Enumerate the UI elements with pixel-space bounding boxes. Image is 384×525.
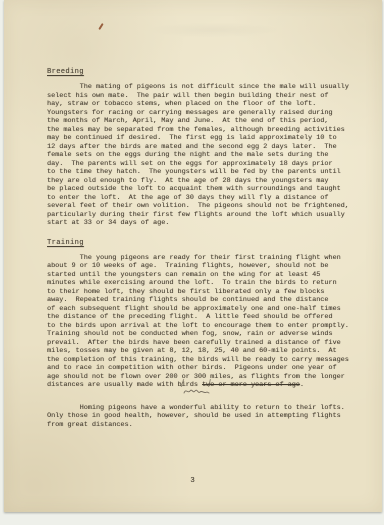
section-heading: Breeding xyxy=(47,68,363,76)
text-line: Homing pigeons have a wonderful ability … xyxy=(47,404,363,413)
text-line: may be continued if desired. The first e… xyxy=(47,134,363,143)
text-line: select his own mate. The pair will then … xyxy=(47,92,363,101)
text-line: minutes while exercising around the loft… xyxy=(47,279,363,288)
text-line: away. Repeated training flights should b… xyxy=(47,296,363,305)
text-line: from great distances. xyxy=(47,421,363,430)
text-line: Training should not be conducted when fo… xyxy=(47,330,363,339)
document-page: Breeding The mating of pigeons is not di… xyxy=(4,0,382,512)
text-line: to the birds upon arrival at the loft to… xyxy=(47,322,363,331)
text-line: The mating of pigeons is not difficult s… xyxy=(47,83,363,92)
text-line: to their home loft, they should be first… xyxy=(47,288,363,297)
page-number: 3 xyxy=(4,477,381,485)
handwritten-annotation xyxy=(182,386,212,397)
text-line: miles, tosses may be given at 8, 12, 18,… xyxy=(47,347,363,356)
closing-paragraph: Homing pigeons have a wonderful ability … xyxy=(47,404,363,430)
text-line: start at 33 or 34 days of age. xyxy=(47,219,363,228)
text-line: Only those in good health, however, shou… xyxy=(47,412,363,421)
section-heading: Training xyxy=(47,239,363,247)
bleedthrough-smudge xyxy=(124,20,304,40)
text-line: to the time they hatch. The youngsters w… xyxy=(47,168,363,177)
text-line: prevail. After the birds have been caref… xyxy=(47,339,363,348)
text-line: age should not be flown over 200 or 300 … xyxy=(47,373,363,382)
text-line: about 9 or 10 weeks of age. Training fli… xyxy=(47,262,363,271)
paragraph: Homing pigeons have a wonderful ability … xyxy=(47,404,363,430)
text-line: particularly during their first few flig… xyxy=(47,211,363,220)
text-segment: distances are usually made with birds xyxy=(47,381,202,389)
text-line: of each subsequent flight should be appr… xyxy=(47,305,363,314)
text-line: several feet of their own volition. The … xyxy=(47,202,363,211)
paragraph: The mating of pigeons is not difficult s… xyxy=(47,83,363,228)
section-breeding: Breeding The mating of pigeons is not di… xyxy=(47,68,363,228)
text-line: be placed outside the loft to acquaint t… xyxy=(47,185,363,194)
struck-text: two or more years of age xyxy=(202,381,300,389)
text-line: the distance of the preceding flight. A … xyxy=(47,313,363,322)
text-line: to enter the loft. At the age of 30 days… xyxy=(47,194,363,203)
text-line: female sets on the eggs during the night… xyxy=(47,151,363,160)
paragraph: The young pigeons are ready for their fi… xyxy=(47,254,363,390)
text-line: The young pigeons are ready for their fi… xyxy=(47,254,363,263)
section-training: Training The young pigeons are ready for… xyxy=(47,239,363,390)
paper-speck xyxy=(98,23,103,30)
text-line: Youngsters for racing or carrying messag… xyxy=(47,109,363,118)
text-line: hay, straw or tobacco stems, when placed… xyxy=(47,100,363,109)
text-line: they are old enough to fly. At the age o… xyxy=(47,177,363,186)
text-segment: . xyxy=(300,381,304,389)
text-line: and to race in competition with other bi… xyxy=(47,364,363,373)
text-line: the completion of this training, the bir… xyxy=(47,356,363,365)
document-body: Breeding The mating of pigeons is not di… xyxy=(47,68,363,429)
text-line: the males may be separated from the fema… xyxy=(47,126,363,135)
text-line: day. The parents will set on the eggs fo… xyxy=(47,160,363,169)
text-line: started until the youngsters can remain … xyxy=(47,271,363,280)
text-line: 12 days after the birds are mated and th… xyxy=(47,143,363,152)
text-line: the months of March, April, May and June… xyxy=(47,117,363,126)
